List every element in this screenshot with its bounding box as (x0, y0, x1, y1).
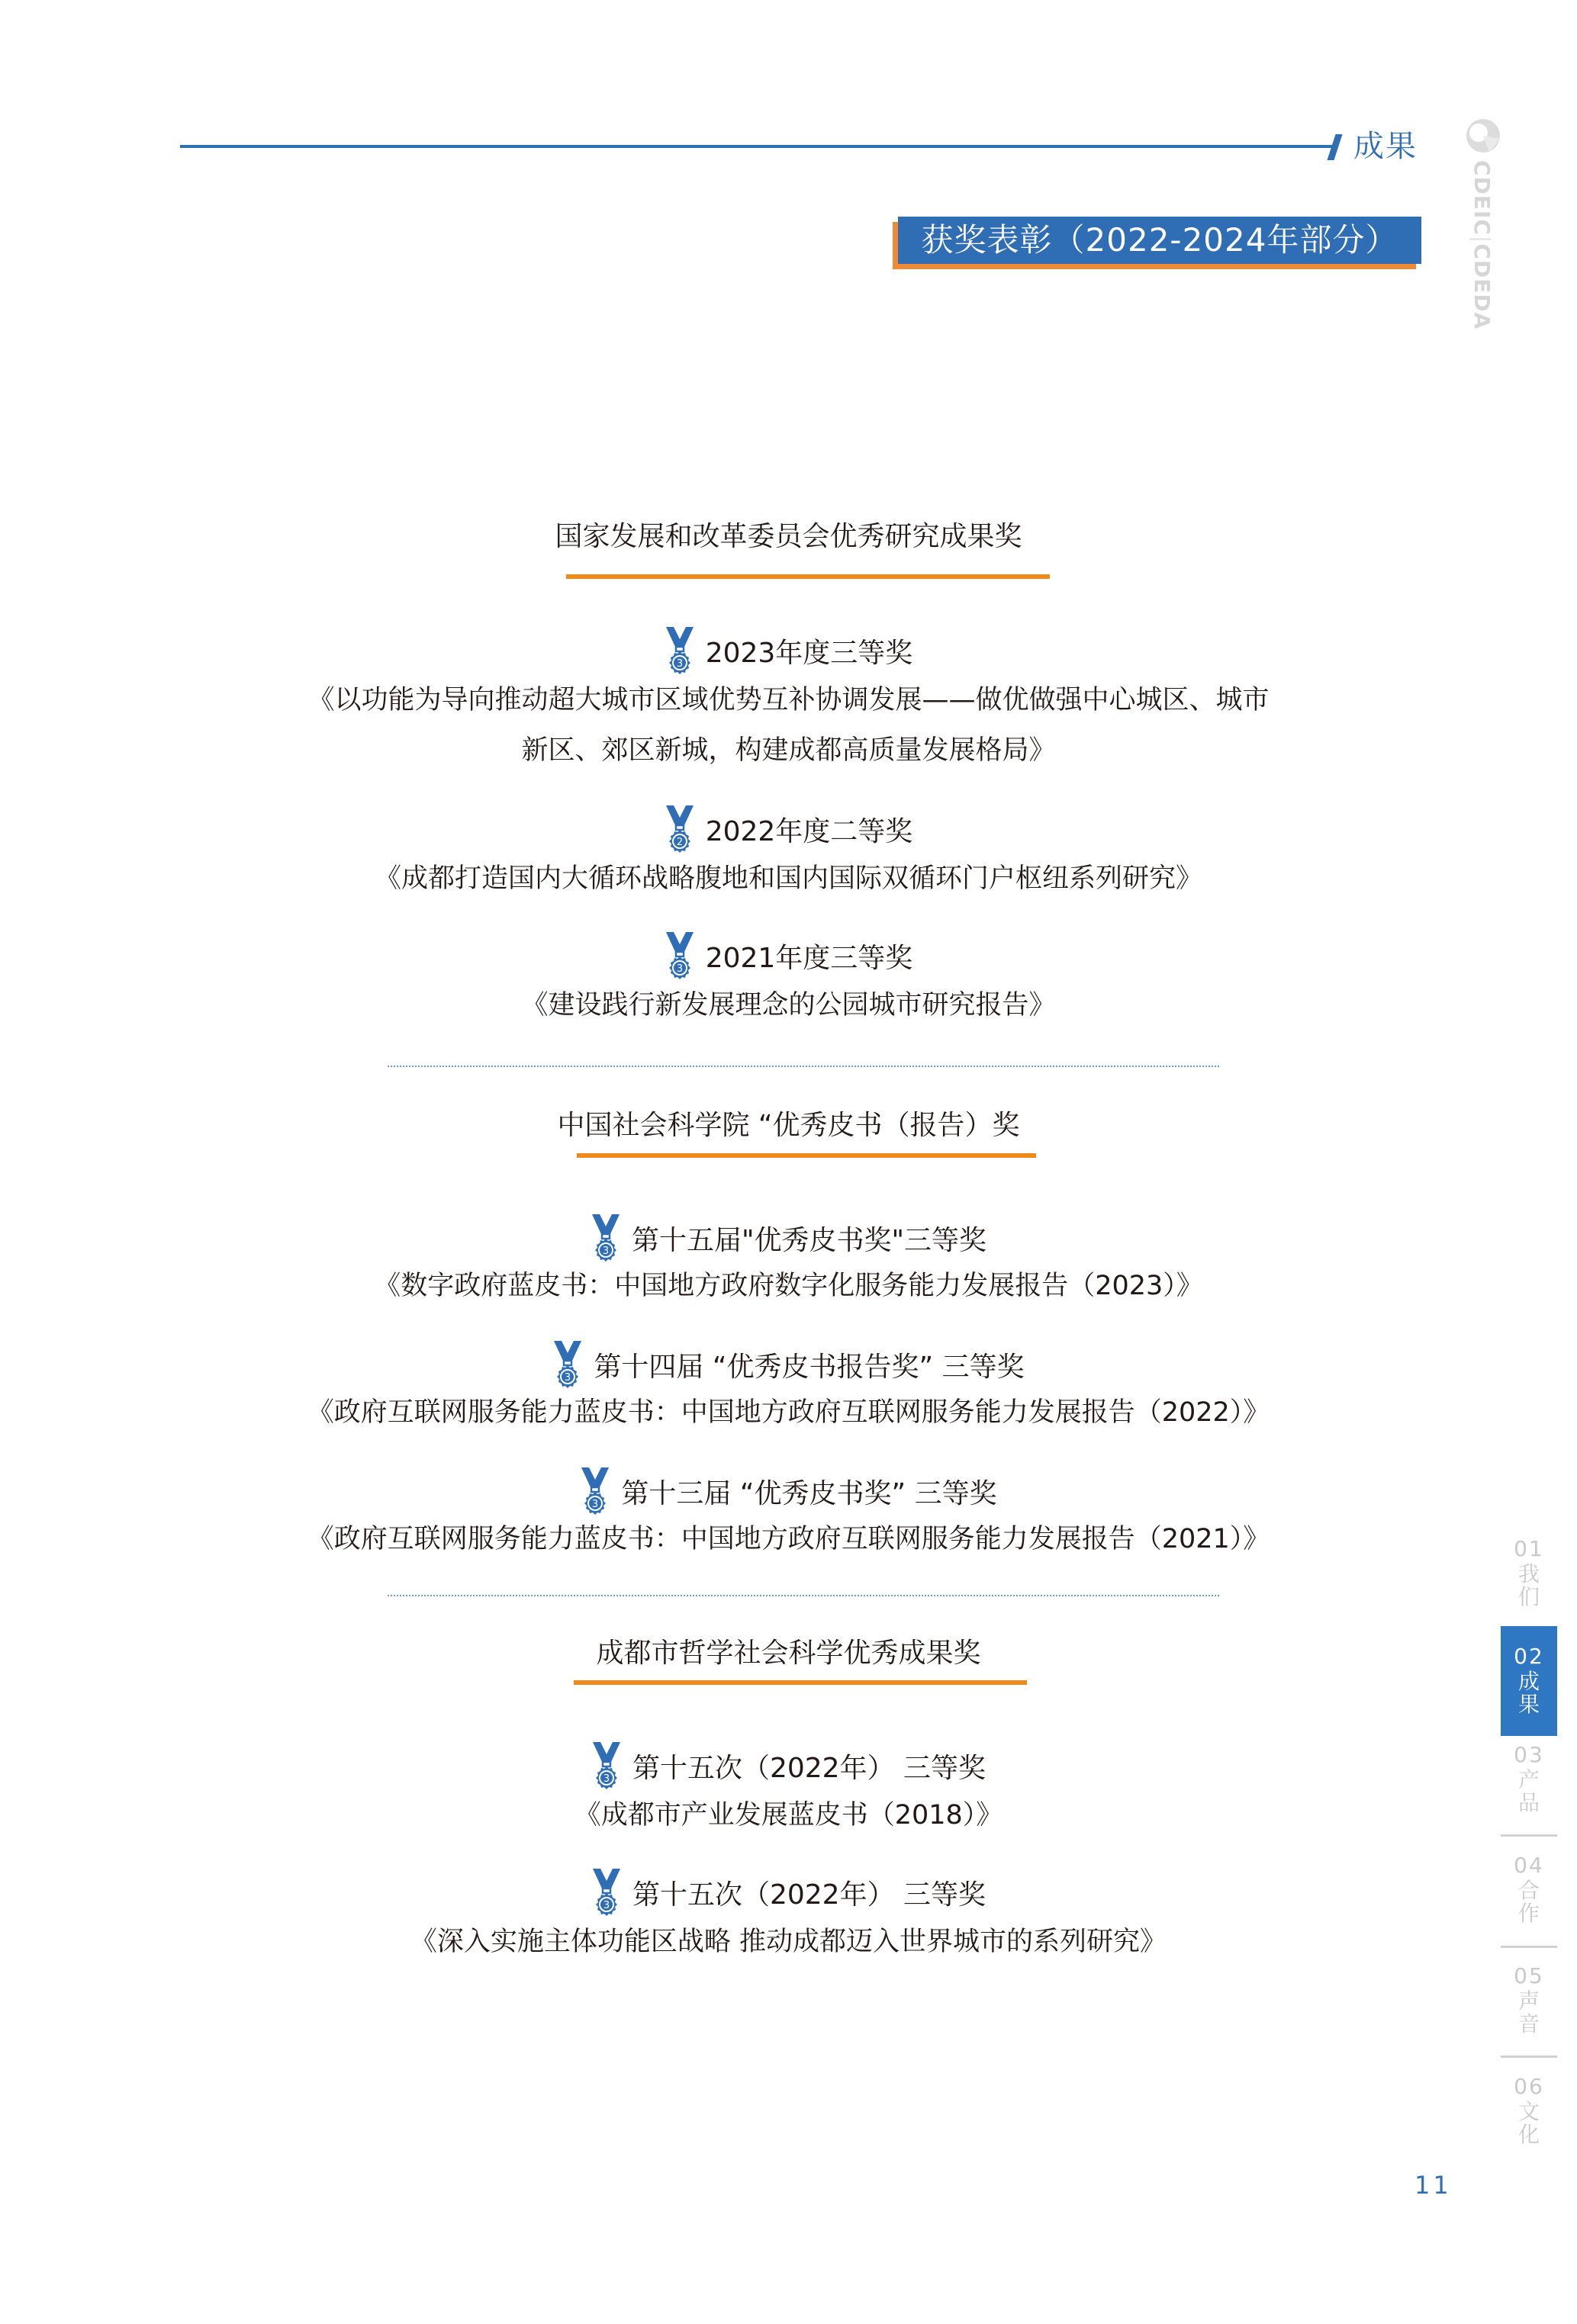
medal-3-icon: 3 (580, 1467, 610, 1515)
award-item: 3 2021年度三等奖 (0, 935, 1577, 982)
group-title: 国家发展和改革委员会优秀研究成果奖 (0, 520, 1577, 554)
award-label: 2022年度二等奖 (706, 816, 913, 847)
nav-item-04-cooperation[interactable]: 04 合作 (1501, 1853, 1557, 1930)
nav-item-03-products[interactable]: 03 产品 (1501, 1743, 1557, 1819)
award-label: 第十三届 “优秀皮书奖” 三等奖 (621, 1478, 996, 1509)
cdeic-logo-icon (1462, 116, 1505, 159)
award-work-title: 《以功能为导向推动超大城市区域优势互补协调发展——做优做强中心城区、城市 (0, 683, 1577, 717)
award-label: 第十五次（2022年） 三等奖 (632, 1753, 986, 1784)
header-rule (180, 145, 1332, 148)
group-underline (574, 1680, 1027, 1685)
award-item: 3 第十五次（2022年） 三等奖 (0, 1745, 1577, 1792)
svg-text:3: 3 (677, 658, 683, 670)
award-work-title: 《成都打造国内大循环战略腹地和国内国际双循环门户枢纽系列研究》 (0, 862, 1577, 895)
page-title: 获奖表彰（2022-2024年部分） (898, 217, 1421, 264)
nav-separator (1501, 1946, 1557, 1948)
section-divider (388, 1066, 1219, 1067)
award-item: 3 第十四届 “优秀皮书报告奖” 三等奖 (0, 1344, 1577, 1391)
award-label: 第十四届 “优秀皮书报告奖” 三等奖 (594, 1352, 1024, 1383)
svg-text:2: 2 (677, 837, 683, 848)
award-work-title-cont: 新区、郊区新城，构建成都高质量发展格局》 (0, 734, 1577, 767)
medal-3-icon: 3 (552, 1341, 583, 1388)
svg-text:3: 3 (603, 1900, 610, 1911)
group-underline (566, 574, 1050, 579)
award-label: 2023年度三等奖 (706, 638, 913, 669)
award-work-title: 《深入实施主体功能区战略 推动成都迈入世界城市的系列研究》 (0, 1925, 1577, 1959)
section-label: 成果 (1353, 128, 1418, 165)
award-item: 3 第十五届"优秀皮书奖"三等奖 (0, 1217, 1577, 1265)
nav-item-05-voice[interactable]: 05 声音 (1501, 1964, 1557, 2040)
award-work-title: 《政府互联网服务能力蓝皮书：中国地方政府互联网服务能力发展报告（2022）》 (0, 1396, 1577, 1429)
medal-3-icon: 3 (665, 932, 695, 979)
group-title: 中国社会科学院 “优秀皮书（报告）奖 (0, 1109, 1577, 1143)
svg-text:3: 3 (677, 963, 683, 975)
logo-wordmark: CDEIC|CDEDA (1466, 160, 1497, 328)
nav-item-06-culture[interactable]: 06 文化 (1501, 2075, 1557, 2151)
award-item: 2 2022年度二等奖 (0, 808, 1577, 856)
svg-text:3: 3 (603, 1246, 609, 1257)
nav-separator (1501, 2056, 1557, 2058)
page-number: 11 (1414, 2171, 1452, 2200)
award-label: 2021年度三等奖 (706, 943, 913, 974)
award-item: 3 第十三届 “优秀皮书奖” 三等奖 (0, 1471, 1577, 1518)
award-label: 第十五次（2022年） 三等奖 (632, 1879, 986, 1911)
group-underline (577, 1153, 1036, 1158)
award-item: 3 2023年度三等奖 (0, 630, 1577, 677)
nav-separator (1501, 1834, 1557, 1837)
award-work-title: 《数字政府蓝皮书：中国地方政府数字化服务能力发展报告（2023）》 (0, 1269, 1577, 1303)
group-title: 成都市哲学社会科学优秀成果奖 (0, 1637, 1577, 1670)
medal-3-icon: 3 (591, 1742, 622, 1789)
award-item: 3 第十五次（2022年） 三等奖 (0, 1872, 1577, 1919)
nav-item-01-us[interactable]: 01 我们 (1501, 1537, 1557, 1621)
award-label: 第十五届"优秀皮书奖"三等奖 (632, 1225, 986, 1256)
award-work-title: 《建设践行新发展理念的公园城市研究报告》 (0, 988, 1577, 1022)
section-divider (388, 1595, 1219, 1596)
award-work-title: 《成都市产业发展蓝皮书（2018）》 (0, 1798, 1577, 1832)
medal-2-icon: 2 (665, 805, 695, 853)
svg-text:3: 3 (603, 1773, 610, 1785)
svg-text:3: 3 (565, 1372, 571, 1384)
svg-text:3: 3 (592, 1499, 598, 1510)
medal-3-icon: 3 (591, 1214, 621, 1262)
medal-3-icon: 3 (665, 627, 695, 674)
medal-3-icon: 3 (591, 1869, 622, 1916)
nav-item-02-results[interactable]: 02 成果 (1501, 1626, 1557, 1736)
award-work-title: 《政府互联网服务能力蓝皮书：中国地方政府互联网服务能力发展报告（2021）》 (0, 1522, 1577, 1556)
